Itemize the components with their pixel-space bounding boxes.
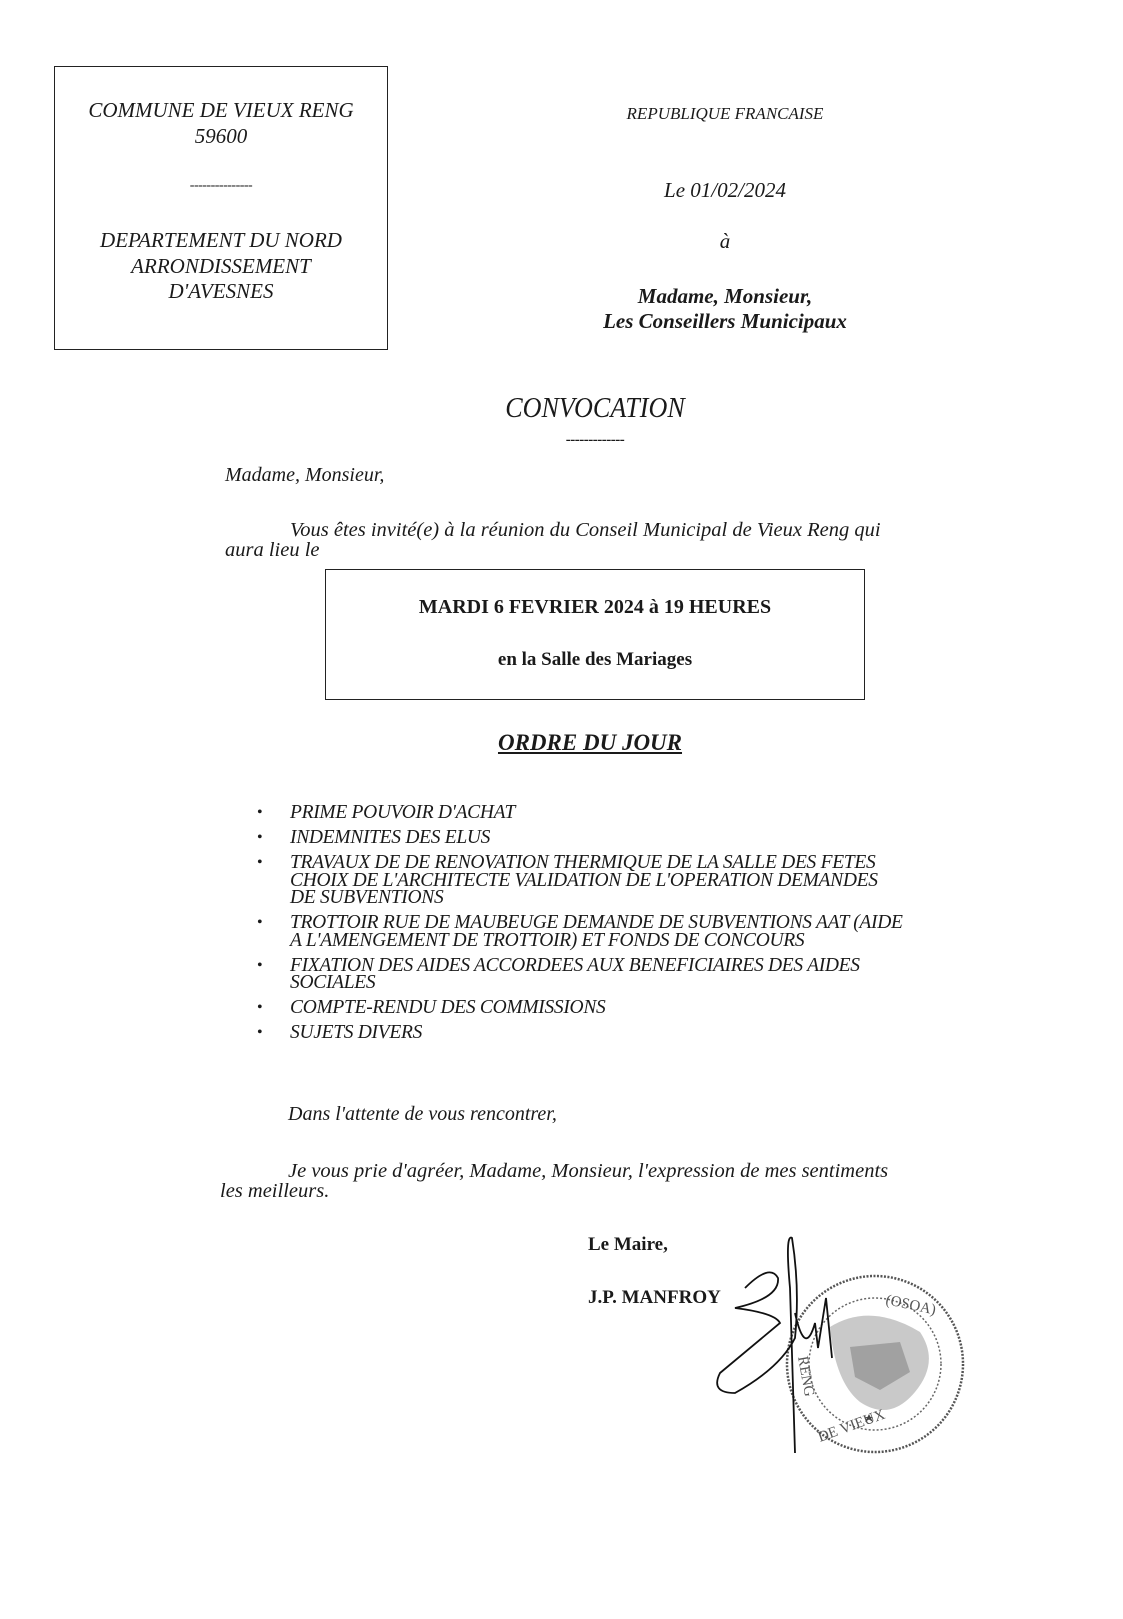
meeting-location: en la Salle des Mariages <box>326 649 864 671</box>
intro-line1: Vous êtes invité(e) à la réunion du Cons… <box>290 519 881 542</box>
bullet-icon: • <box>257 1024 262 1042</box>
signature-icon <box>700 1228 890 1468</box>
arrondissement-name: D'AVESNES <box>55 279 387 304</box>
bullet-icon: • <box>257 854 262 872</box>
meeting-datetime: MARDI 6 FEVRIER 2024 à 19 HEURES <box>326 596 864 619</box>
agenda-item-text: TRAVAUX DE DE RENOVATION THERMIQUE DE LA… <box>290 854 960 872</box>
agenda-item: •COMPTE-RENDU DES COMMISSIONS <box>260 999 960 1017</box>
agenda-item: •PRIME POUVOIR D'ACHAT <box>260 804 960 822</box>
bullet-icon: • <box>257 999 262 1017</box>
title-separator: ------------- <box>440 432 750 449</box>
bullet-icon: • <box>257 914 262 932</box>
page-title: CONVOCATION <box>456 392 735 425</box>
agenda-item: •INDEMNITES DES ELUS <box>260 829 960 847</box>
republic-label: REPUBLIQUE FRANCAISE <box>560 104 890 124</box>
agenda-item-text: A L'AMENGEMENT DE TROTTOIR) ET FONDS DE … <box>290 932 960 950</box>
agenda-item-text: COMPTE-RENDU DES COMMISSIONS <box>290 999 960 1017</box>
agenda-item-text: PRIME POUVOIR D'ACHAT <box>290 804 960 822</box>
commune-name: COMMUNE DE VIEUX RENG <box>55 98 387 123</box>
politeness-line2: les meilleurs. <box>220 1180 329 1203</box>
recipient-line1: Madame, Monsieur, <box>560 284 890 309</box>
meeting-details-box: MARDI 6 FEVRIER 2024 à 19 HEURES en la S… <box>325 569 865 700</box>
agenda-item: •FIXATION DES AIDES ACCORDEES AUX BENEFI… <box>260 957 960 992</box>
agenda-item-text: INDEMNITES DES ELUS <box>290 829 960 847</box>
header-separator: --------------- <box>55 173 387 198</box>
commune-header-box: COMMUNE DE VIEUX RENG 59600 ------------… <box>54 66 388 350</box>
agenda-item-text: TROTTOIR RUE DE MAUBEUGE DEMANDE DE SUBV… <box>290 914 960 932</box>
politeness-line1: Je vous prie d'agréer, Madame, Monsieur,… <box>288 1160 888 1183</box>
bullet-icon: • <box>257 829 262 847</box>
mayor-title: Le Maire, <box>588 1234 668 1256</box>
agenda-heading: ORDRE DU JOUR <box>440 730 740 756</box>
arrondissement: ARRONDISSEMENT <box>55 254 387 279</box>
to-label: à <box>560 229 890 254</box>
closing-line: Dans l'attente de vous rencontrer, <box>288 1103 557 1126</box>
agenda-item-text: SUJETS DIVERS <box>290 1024 960 1042</box>
agenda-item: •TROTTOIR RUE DE MAUBEUGE DEMANDE DE SUB… <box>260 914 960 949</box>
agenda-item-text: DE SUBVENTIONS <box>290 889 960 907</box>
intro-line2: aura lieu le <box>225 539 320 562</box>
postal-code: 59600 <box>55 124 387 149</box>
agenda-item: •SUJETS DIVERS <box>260 1024 960 1042</box>
agenda-item-text: SOCIALES <box>290 974 960 992</box>
agenda-item-text: FIXATION DES AIDES ACCORDEES AUX BENEFIC… <box>290 957 960 975</box>
bullet-icon: • <box>257 957 262 975</box>
department: DEPARTEMENT DU NORD <box>55 228 387 253</box>
bullet-icon: • <box>257 804 262 822</box>
recipient-line2: Les Conseillers Municipaux <box>540 309 910 334</box>
agenda-item: •TRAVAUX DE DE RENOVATION THERMIQUE DE L… <box>260 854 960 907</box>
agenda-list: •PRIME POUVOIR D'ACHAT•INDEMNITES DES EL… <box>260 804 960 1049</box>
letter-date: Le 01/02/2024 <box>560 178 890 203</box>
salutation: Madame, Monsieur, <box>225 464 384 487</box>
